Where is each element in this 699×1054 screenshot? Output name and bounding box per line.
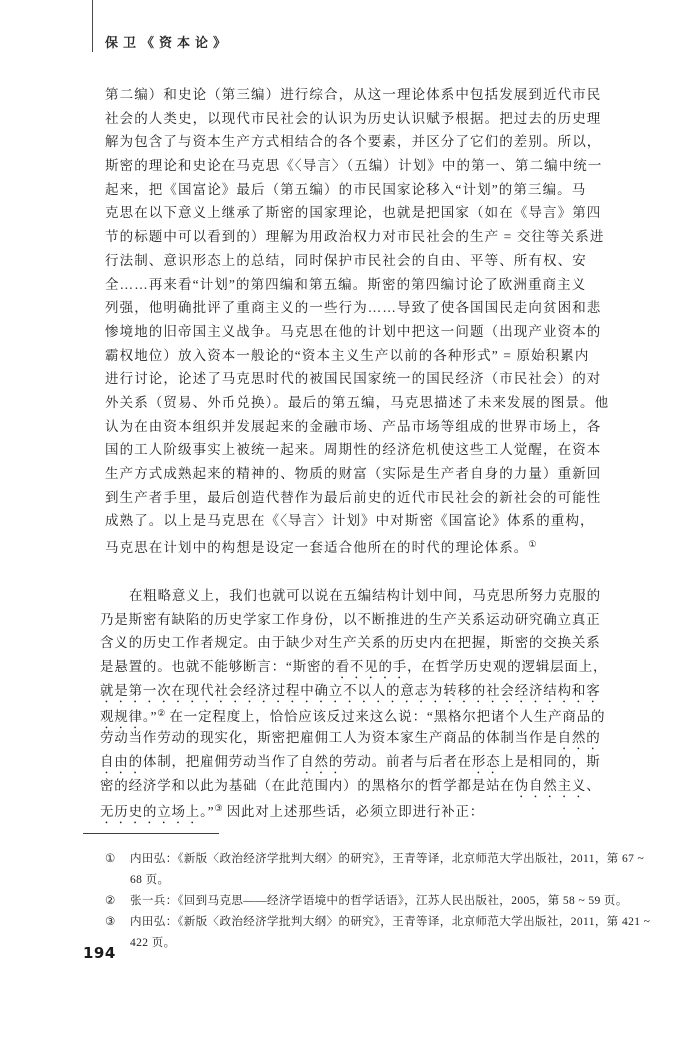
paragraph-1: 第二编）和史论（第三编）进行综合，从这一理论体系中包括发展到近代市民社会的人类史… [105,83,619,557]
text-segment: 国的工人阶级事实上被统一起来。周期性的经济危机使这些工人觉醒，在资本 [105,442,601,457]
text-line: 第二编）和史论（第三编）进行综合，从这一理论体系中包括发展到近代市民 [105,83,619,107]
emphasized-text: 自然的 [558,730,601,745]
text-segment: 。” [200,804,214,819]
footnote-marker: ③ [105,912,116,933]
text-line: 无历史的立场上。”③ 因此对上述那些话，必须立即进行补正： [100,797,620,821]
text-line: 起来，把《国富论》最后（第五编）的市民国家论移入“计划”的第三编。马 [105,178,619,202]
text-segment: 起来，把《国富论》最后（第五编）的市民国家论移入“计划”的第三编。马 [105,182,586,197]
text-segment: 上是相同的，斯 [500,754,600,769]
text-line: 惨境地的旧帝国主义战争。马克思在他的计划中把这一问题（出现产业资本的 [105,320,619,344]
text-line: 国的工人阶级事实上被统一起来。周期性的经济危机使这些工人觉醒，在资本 [105,438,619,462]
header-divider-line [92,0,93,52]
emphasized-text: 自然的 [300,754,343,769]
emphasized-text: 自由的 [100,754,143,769]
text-segment: 认为在由资本组织并发展起来的金融市场、产品市场等组成的世界市场上，各 [105,419,601,434]
text-line: 成熟了。以上是马克思在《〈导言〉计划》中对斯密《国富论》体系的重构， [105,509,619,533]
text-segment: 乃是斯密有缺陷的历史学家工作身份，以不断推进的生产关系运动研究确立真正 [100,612,601,627]
running-header-title: 保卫《资本论》 [105,32,231,51]
text-segment: 社会的人类史，以现代市民社会的认识为历史认识赋予根据。把过去的历史理 [105,111,601,126]
footnote-divider-line [83,833,219,834]
text-segment: 、 [586,778,600,793]
text-line: 霸权地位）放入资本一般论的“资本主义生产以前的各种形式” = 原始积累内 [105,344,619,368]
text-segment: 体制，把雇佣劳动当作了 [143,754,300,769]
emphasized-text: 就是第一次在现代社会经济过程中确立不以人的意志为转移的社会经济结构和客 [100,683,601,698]
emphasized-text: 伪自然主义 [515,778,587,793]
text-segment: 到生产者手里，最后创造代替作为最后前史的近代市民社会的新社会的可能性 [105,490,601,505]
text-line: 列强，他明确批评了重商主义的一些行为……导致了使各国国民走向贫困和悲 [105,296,619,320]
text-segment: 劳动当作劳动的现实化，斯密把雇佣工人为资本家生产商品的体制当作是 [100,730,558,745]
text-segment: 在粗略意义上，我们也就可以说在五编结构计划中间，马克思所努力克服的 [129,588,601,603]
footnote-line: 422 页。 [130,933,625,954]
text-line: 行法制、意识形态上的总结，同时保护市民社会的自由、平等、所有权、安 [105,249,619,273]
footnote-line: 68 页。 [130,870,625,891]
book-page: 保卫《资本论》 第二编）和史论（第三编）进行综合，从这一理论体系中包括发展到近代… [0,0,699,1054]
emphasized-text: 观规律 [100,709,143,724]
text-line: 马克思在计划中的构想是设定一套适合他所在的时代的理论体系。① [105,533,619,557]
text-segment: 列强，他明确批评了重商主义的一些行为……导致了使各国国民走向贫困和悲 [105,300,601,315]
text-segment: 外关系（贸易、外币兑换）。最后的第五编，马克思描述了未来发展的图景。他 [105,395,609,410]
text-line: 观规律。”② 在一定程度上，恰恰应该反过来这么说：“黑格尔把诸个人生产商品的 [100,702,620,726]
text-line: 密的经济学和以此为基础（在此范围内）的黑格尔的哲学都是站在伪自然主义、 [100,774,620,798]
text-segment: 惨境地的旧帝国主义战争。马克思在他的计划中把这一问题（出现产业资本的 [105,324,601,339]
text-segment: 因此对上述那些话，必须立即进行补正： [223,804,485,819]
text-line: 劳动当作劳动的现实化，斯密把雇佣工人为资本家生产商品的体制当作是自然的 [100,726,620,750]
text-segment: 第二编）和史论（第三编）进行综合，从这一理论体系中包括发展到近代市民 [105,87,601,102]
text-segment: 克思在以下意义上继承了斯密的国家理论，也就是把国家（如在《导言》第四 [105,205,601,220]
text-line: 解为包含了与资本生产方式相结合的各个要素，并区分了它们的差别。所以， [105,130,619,154]
text-line: 斯密的理论和史论在马克思《〈导言〉（五编）计划》中的第一、第二编中统一 [105,154,619,178]
text-line: 在粗略意义上，我们也就可以说在五编结构计划中间，马克思所努力克服的 [100,584,620,608]
text-line: 社会的人类史，以现代市民社会的认识为历史认识赋予根据。把过去的历史理 [105,107,619,131]
emphasized-text: 无历史的立场上 [100,804,200,819]
text-line: 乃是斯密有缺陷的历史学家工作身份，以不断推进的生产关系运动研究确立真正 [100,608,620,632]
text-segment: 含义的历史工作者规定。由于缺少对生产关系的历史内在把握，斯密的交换关系 [100,635,601,650]
text-segment: 斯密的理论和史论在马克思《〈导言〉（五编）计划》中的第一、第二编中统一 [105,158,603,173]
footnotes: ①内田弘：《新版〈政治经济学批判大纲〉的研究》，王青等译，北京师范大学出版社，2… [105,849,625,954]
footnote-reference: ① [528,539,536,549]
paragraph-2: 在粗略意义上，我们也就可以说在五编结构计划中间，马克思所努力克服的乃是斯密有缺陷… [100,584,620,821]
text-line: 外关系（贸易、外币兑换）。最后的第五编，马克思描述了未来发展的图景。他 [105,391,619,415]
page-number: 194 [83,944,116,962]
text-line: 进行讨论，论述了马克思时代的被国民国家统一的国民经济（市民社会）的对 [105,367,619,391]
text-line: 含义的历史工作者规定。由于缺少对生产关系的历史内在把握，斯密的交换关系 [100,631,620,655]
text-segment: 劳动。前者与后者在 [343,754,472,769]
text-segment: 生产方式成熟起来的精神的、物质的财富（实际是生产者自身的力量）重新回 [105,466,601,481]
text-line: 是悬置的。也就不能够断言：“斯密的看不见的手，在哲学历史观的逻辑层面上， [100,655,620,679]
text-line: 认为在由资本组织并发展起来的金融市场、产品市场等组成的世界市场上，各 [105,415,619,439]
footnote-item: ②张一兵：《回到马克思——经济学语境中的哲学话语》，江苏人民出版社，2005，第… [105,891,625,912]
text-segment: 全……再来看“计划”的第四编和第五编。斯密的第四编讨论了欧洲重商主义 [105,277,586,292]
footnote-marker: ① [105,849,116,870]
text-segment: 节的标题中可以看到的）理解为用政治权力对市民社会的生产 = 交往等关系进 [105,229,604,244]
footnote-line: 内田弘：《新版〈政治经济学批判大纲〉的研究》，王青等译，北京师范大学出版社，20… [130,912,625,933]
text-segment: 成熟了。以上是马克思在《〈导言〉计划》中对斯密《国富论》体系的重构， [105,513,595,528]
footnote-line: 张一兵：《回到马克思——经济学语境中的哲学话语》，江苏人民出版社，2005，第 … [130,891,625,912]
emphasized-text: 形态 [472,754,501,769]
text-segment: 马克思在计划中的构想是设定一套适合他所在的时代的理论体系。 [105,540,528,555]
text-segment: 是悬置的。也就不能够断言：“斯密的 [100,659,336,674]
text-line: 就是第一次在现代社会经济过程中确立不以人的意志为转移的社会经济结构和客 [100,679,620,703]
text-segment: 进行讨论，论述了马克思时代的被国民国家统一的国民经济（市民社会）的对 [105,371,601,386]
footnote-item: ①内田弘：《新版〈政治经济学批判大纲〉的研究》，王青等译，北京师范大学出版社，2… [105,849,625,891]
footnote-line: 内田弘：《新版〈政治经济学批判大纲〉的研究》，王青等译，北京师范大学出版社，20… [130,849,625,870]
text-line: 生产方式成熟起来的精神的、物质的财富（实际是生产者自身的力量）重新回 [105,462,619,486]
footnote-item: ③内田弘：《新版〈政治经济学批判大纲〉的研究》，王青等译，北京师范大学出版社，2… [105,912,625,954]
text-line: 自由的体制，把雇佣劳动当作了自然的劳动。前者与后者在形态上是相同的，斯 [100,750,620,774]
text-line: 全……再来看“计划”的第四编和第五编。斯密的第四编讨论了欧洲重商主义 [105,273,619,297]
text-segment: 霸权地位）放入资本一般论的“资本主义生产以前的各种形式” = 原始积累内 [105,348,589,363]
emphasized-text: 看不见的手 [336,659,408,674]
text-segment: 在一定程度上，恰恰应该反过来这么说：“黑格尔把诸个人生产商品的 [165,709,605,724]
text-line: 克思在以下意义上继承了斯密的国家理论，也就是把国家（如在《导言》第四 [105,201,619,225]
text-segment: ，在哲学历史观的逻辑层面上， [407,659,607,674]
text-line: 到生产者手里，最后创造代替作为最后前史的近代市民社会的新社会的可能性 [105,486,619,510]
text-segment: 解为包含了与资本生产方式相结合的各个要素，并区分了它们的差别。所以， [105,134,601,149]
text-segment: 行法制、意识形态上的总结，同时保护市民社会的自由、平等、所有权、安 [105,253,587,268]
footnote-marker: ② [105,891,116,912]
text-line: 节的标题中可以看到的）理解为用政治权力对市民社会的生产 = 交往等关系进 [105,225,619,249]
text-segment: 密的经济学和以此为基础（在此范围内）的黑格尔的哲学都是站在 [100,778,515,793]
text-segment: 。” [143,709,157,724]
footnote-reference: ③ [214,803,222,813]
